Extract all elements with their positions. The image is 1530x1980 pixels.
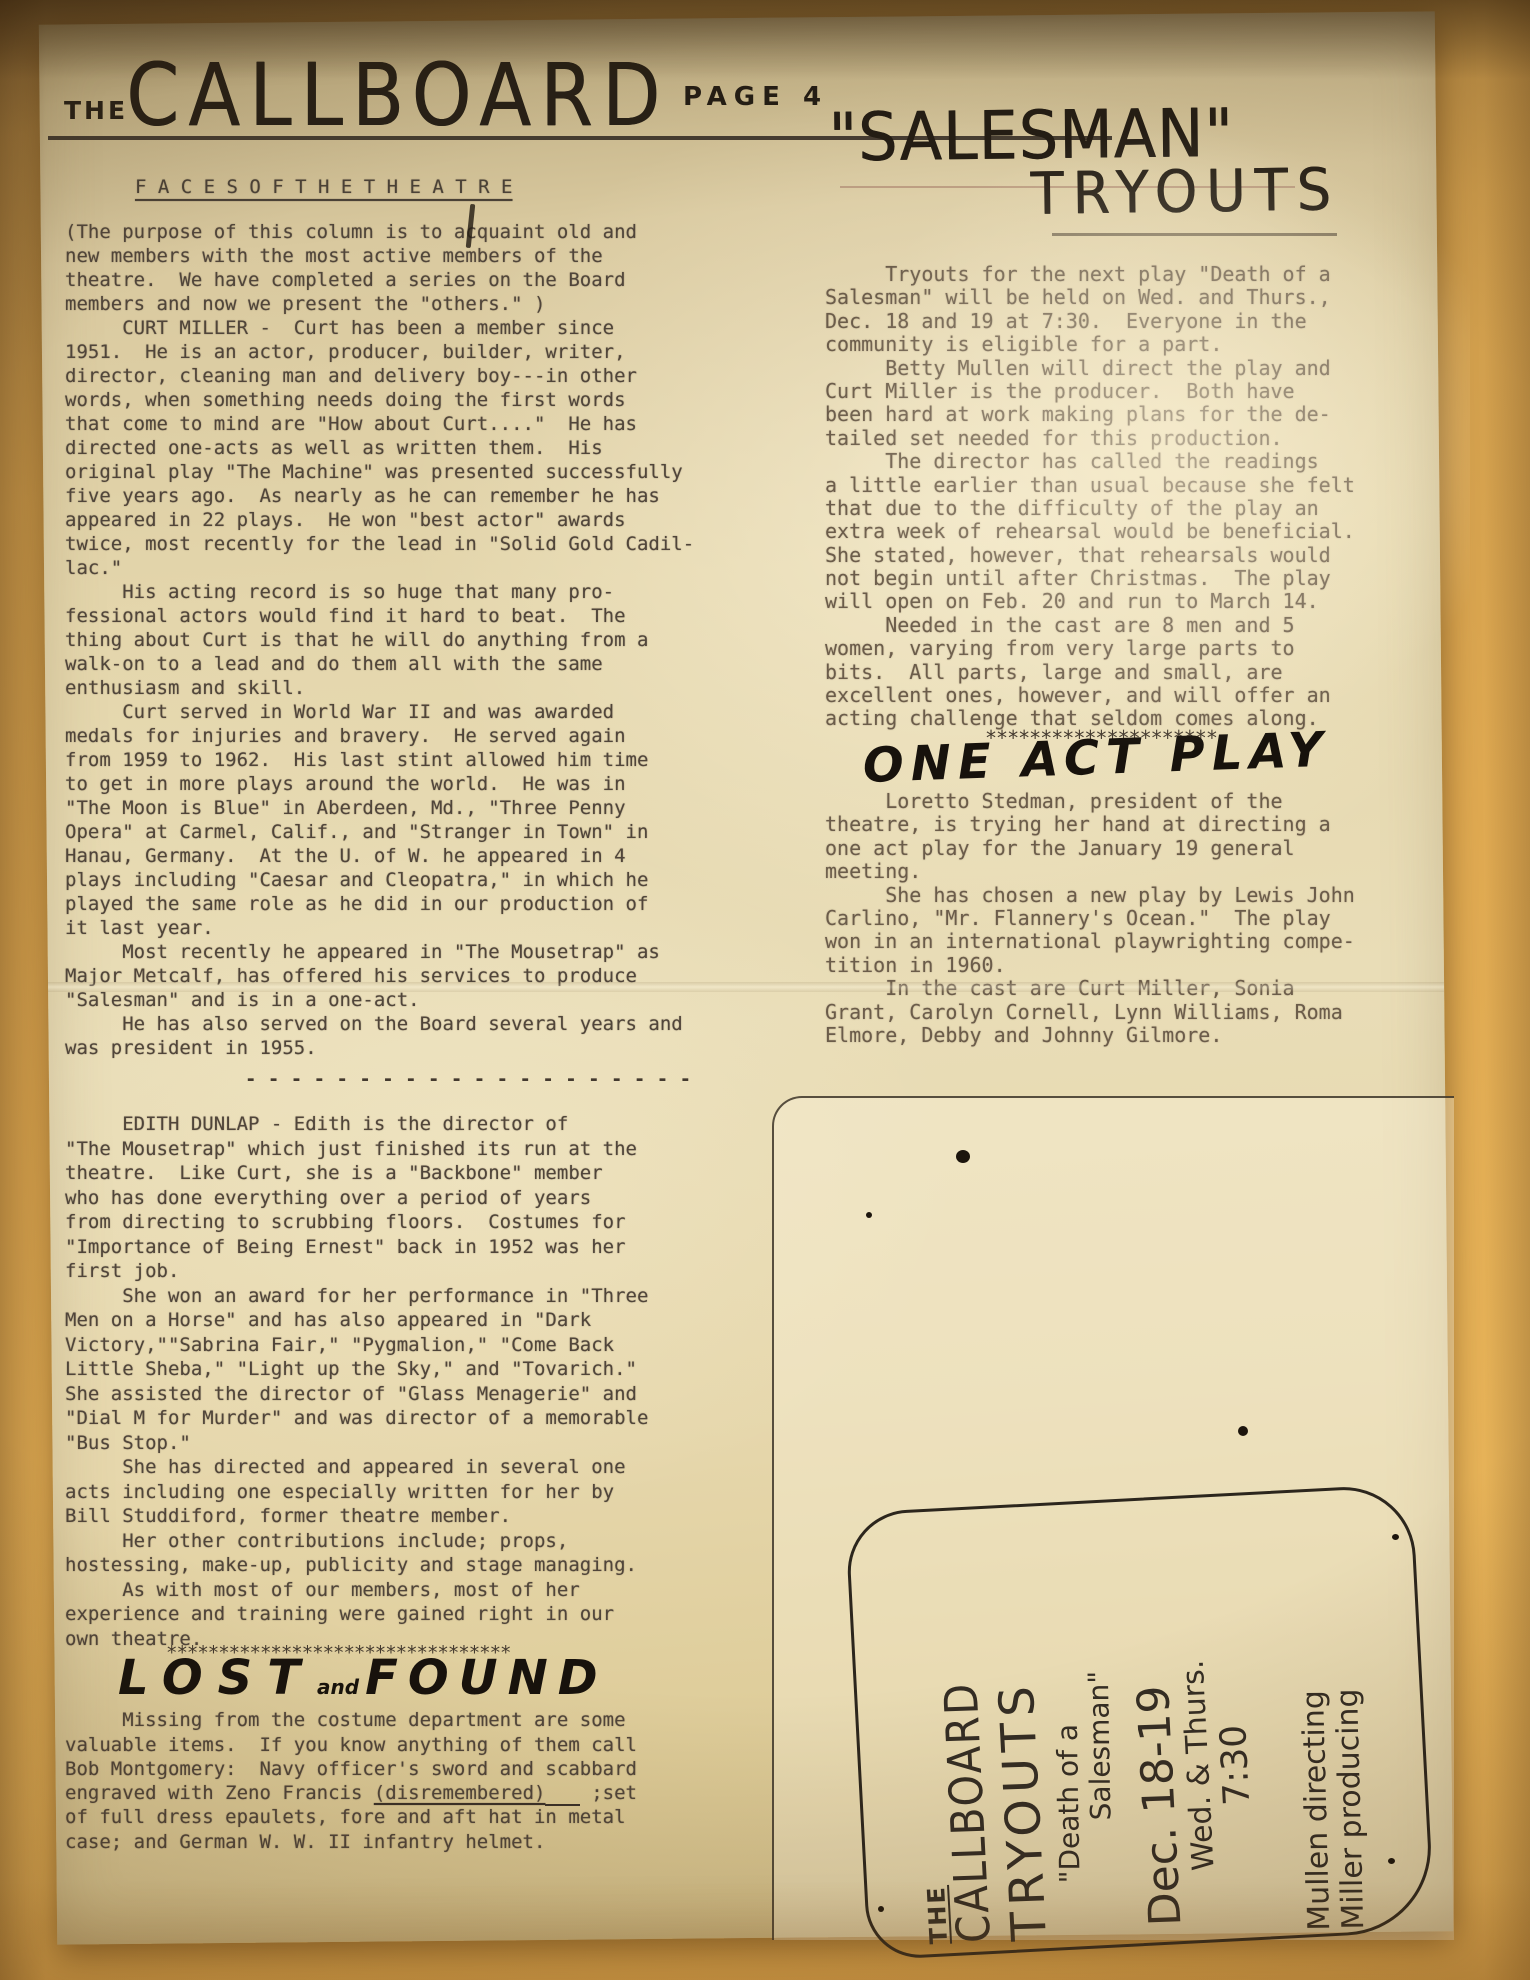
text-line: Salesman" will be held on Wed. and Thurs… <box>825 286 1355 309</box>
text-line: Her other contributions include; props, <box>65 1529 648 1554</box>
text-line: one act play for the January 19 general <box>825 837 1355 860</box>
text-line: from directing to scrubbing floors. Cost… <box>65 1210 648 1235</box>
lost-word: LOST <box>118 1650 315 1706</box>
text-line: extra week of rehearsal would be benefic… <box>825 520 1355 543</box>
text-line: first job. <box>65 1259 648 1284</box>
text-line: new members with the most active members… <box>65 244 694 268</box>
text-line: that come to mind are "How about Curt...… <box>65 412 694 436</box>
section-divider: - - - - - - - - - - - - - - - - - - - - <box>245 1068 691 1090</box>
text-line: She won an award for her performance in … <box>65 1284 648 1309</box>
text-line: Missing from the costume department are … <box>65 1708 637 1733</box>
tryouts-underline <box>1052 233 1337 236</box>
ticket-rotated-text: THE CALLBOARD TRYOUTS "Death of a Salesm… <box>904 1499 1377 1944</box>
text-line: thing about Curt is that he will do anyt… <box>65 628 694 652</box>
text-line: "The Moon is Blue" in Aberdeen, Md., "Th… <box>65 796 694 820</box>
oneact-heading: ONE ACT PLAY <box>862 722 1331 794</box>
text-line: Betty Mullen will direct the play and <box>825 357 1355 380</box>
text-line: valuable items. If you know anything of … <box>65 1733 637 1758</box>
disremembered-underlined: (disremembered) <box>374 1782 546 1804</box>
text-line: theatre, is trying her hand at directing… <box>825 813 1355 836</box>
text-line: twice, most recently for the lead in "So… <box>65 532 694 556</box>
text-line: "Dial M for Murder" and was director of … <box>65 1406 648 1431</box>
text-line: lac." <box>65 556 694 580</box>
newsletter-content: THE CALLBOARD PAGE 4 "SALESMAN" TRYOUTS … <box>0 0 1530 1980</box>
text-line: Bill Studdiford, former theatre member. <box>65 1504 648 1529</box>
text-line: Elmore, Debby and Johnny Gilmore. <box>825 1024 1355 1047</box>
text-line: it last year. <box>65 916 694 940</box>
text-line: Most recently he appeared in "The Mouset… <box>65 940 694 964</box>
and-word: and <box>317 1675 359 1699</box>
text-line: original play "The Machine" was presente… <box>65 460 694 484</box>
found-word: FOUND <box>365 1650 608 1706</box>
text-line: She stated, however, that rehearsals wou… <box>825 544 1355 567</box>
text-line: Grant, Carolyn Cornell, Lynn Williams, R… <box>825 1001 1355 1024</box>
underline-suffix: ;set <box>580 1782 637 1804</box>
text-line: Opera" at Carmel, Calif., and "Stranger … <box>65 820 694 844</box>
text-line: He has also served on the Board several … <box>65 1012 694 1036</box>
ink-dot <box>956 1150 970 1163</box>
text-line: not begin until after Christmas. The pla… <box>825 567 1355 590</box>
text-line: bits. All parts, large and small, are <box>825 661 1355 684</box>
text-line: excellent ones, however, and will offer … <box>825 684 1355 707</box>
text-line: plays including "Caesar and Cleopatra," … <box>65 868 694 892</box>
text-line: case; and German W. W. II infantry helme… <box>65 1830 626 1855</box>
text-line: women, varying from very large parts to <box>825 637 1355 660</box>
paper-crease <box>48 982 1444 992</box>
text-line: As with most of our members, most of her <box>65 1578 648 1603</box>
text-line: to get in more plays around the world. H… <box>65 772 694 796</box>
text-line: engraved with Zeno Francis (disremembere… <box>65 1781 637 1806</box>
text-line: tailed set needed for this production. <box>825 427 1355 450</box>
tryouts-headline: TRYOUTS <box>1030 155 1340 228</box>
text-line: Bob Montgomery: Navy officer's sword and… <box>65 1757 637 1782</box>
text-line: The director has called the readings <box>825 450 1355 473</box>
text-line: fessional actors would find it hard to b… <box>65 604 694 628</box>
edith-article: EDITH DUNLAP - Edith is the director of"… <box>65 1112 648 1651</box>
page-number: PAGE 4 <box>683 82 828 112</box>
lostfound-article-top: Missing from the costume department are … <box>65 1708 637 1782</box>
masthead-title: CALLBOARD <box>126 44 669 145</box>
text-line: from 1959 to 1962. His last stint allowe… <box>65 748 694 772</box>
text-line: will open on Feb. 20 and run to March 14… <box>825 590 1355 613</box>
text-line: theatre. Like Curt, she is a "Backbone" … <box>65 1161 648 1186</box>
text-line: been hard at work making plans for the d… <box>825 403 1355 426</box>
text-line: Loretto Stedman, president of the <box>825 790 1355 813</box>
oneact-article: Loretto Stedman, president of thetheatre… <box>825 790 1355 1047</box>
underline-prefix: engraved with Zeno Francis <box>65 1782 374 1804</box>
text-line: Needed in the cast are 8 men and 5 <box>825 614 1355 637</box>
text-line: that due to the difficulty of the play a… <box>825 497 1355 520</box>
text-line: 1951. He is an actor, producer, builder,… <box>65 340 694 364</box>
text-line: She has directed and appeared in several… <box>65 1455 648 1480</box>
text-line: Carlino, "Mr. Flannery's Ocean." The pla… <box>825 907 1355 930</box>
text-line: hostessing, make-up, publicity and stage… <box>65 1553 648 1578</box>
text-line: played the same role as he did in our pr… <box>65 892 694 916</box>
faces-article: (The purpose of this column is to acquai… <box>65 220 694 1060</box>
text-line: meeting. <box>825 860 1355 883</box>
text-line: She has chosen a new play by Lewis John <box>825 884 1355 907</box>
text-line: Little Sheba," "Light up the Sky," and "… <box>65 1357 648 1382</box>
text-line: His acting record is so huge that many p… <box>65 580 694 604</box>
text-line: walk-on to a lead and do them all with t… <box>65 652 694 676</box>
text-line: was president in 1955. <box>65 1036 694 1060</box>
salesman-tryouts-article: Tryouts for the next play "Death of aSal… <box>825 263 1355 731</box>
text-line: "Importance of Being Ernest" back in 195… <box>65 1235 648 1260</box>
ink-dot <box>1388 1858 1395 1864</box>
text-line: enthusiasm and skill. <box>65 676 694 700</box>
text-line: experience and training were gained righ… <box>65 1602 648 1627</box>
text-line: won in an international playwrighting co… <box>825 930 1355 953</box>
text-line: She assisted the director of "Glass Mena… <box>65 1382 648 1407</box>
ink-dot <box>1238 1426 1248 1436</box>
ink-dot <box>1392 1534 1399 1540</box>
ink-dot <box>878 1906 884 1912</box>
text-line: director, cleaning man and delivery boy-… <box>65 364 694 388</box>
text-line: Curt Miller is the producer. Both have <box>825 380 1355 403</box>
text-line: tition in 1960. <box>825 954 1355 977</box>
text-line: Men on a Horse" and has also appeared in… <box>65 1308 648 1333</box>
text-line: appeared in 22 plays. He won "best actor… <box>65 508 694 532</box>
text-line: members and now we present the "others."… <box>65 292 694 316</box>
text-line: Tryouts for the next play "Death of a <box>825 263 1355 286</box>
lostfound-heading: LOST and FOUND <box>118 1650 608 1707</box>
masthead-the: THE <box>64 96 128 125</box>
text-line: "Bus Stop." <box>65 1431 648 1456</box>
hand-underline-gap <box>545 1782 579 1806</box>
ticket-salesman: Salesman" <box>1080 1509 1119 1939</box>
text-line: medals for injuries and bravery. He serv… <box>65 724 694 748</box>
tryouts-ticket-box: THE CALLBOARD TRYOUTS "Death of a Salesm… <box>845 1483 1436 1960</box>
text-line: (The purpose of this column is to acquai… <box>65 220 694 244</box>
text-line: words, when something needs doing the fi… <box>65 388 694 412</box>
text-line: Hanau, Germany. At the U. of W. he appea… <box>65 844 694 868</box>
text-line: of full dress epaulets, fore and aft hat… <box>65 1805 626 1830</box>
text-line: community is eligible for a part. <box>825 333 1355 356</box>
text-line: "The Mousetrap" which just finished its … <box>65 1137 648 1162</box>
text-line: theatre. We have completed a series on t… <box>65 268 694 292</box>
text-line: Victory,""Sabrina Fair," "Pygmalion," "C… <box>65 1333 648 1358</box>
text-line: CURT MILLER - Curt has been a member sin… <box>65 316 694 340</box>
text-line: Dec. 18 and 19 at 7:30. Everyone in the <box>825 310 1355 333</box>
text-line: five years ago. As nearly as he can reme… <box>65 484 694 508</box>
text-line: a little earlier than usual because she … <box>825 474 1355 497</box>
ink-dot <box>866 1212 872 1218</box>
text-line: Curt served in World War II and was awar… <box>65 700 694 724</box>
faces-heading: F A C E S O F T H E T H E A T R E <box>135 176 513 198</box>
lostfound-article-bottom: of full dress epaulets, fore and aft hat… <box>65 1805 626 1854</box>
text-line: acts including one especially written fo… <box>65 1480 648 1505</box>
text-line: EDITH DUNLAP - Edith is the director of <box>65 1112 648 1137</box>
text-line: who has done everything over a period of… <box>65 1186 648 1211</box>
lostfound-underlined-line: engraved with Zeno Francis (disremembere… <box>65 1781 637 1806</box>
text-line: directed one-acts as well as written the… <box>65 436 694 460</box>
